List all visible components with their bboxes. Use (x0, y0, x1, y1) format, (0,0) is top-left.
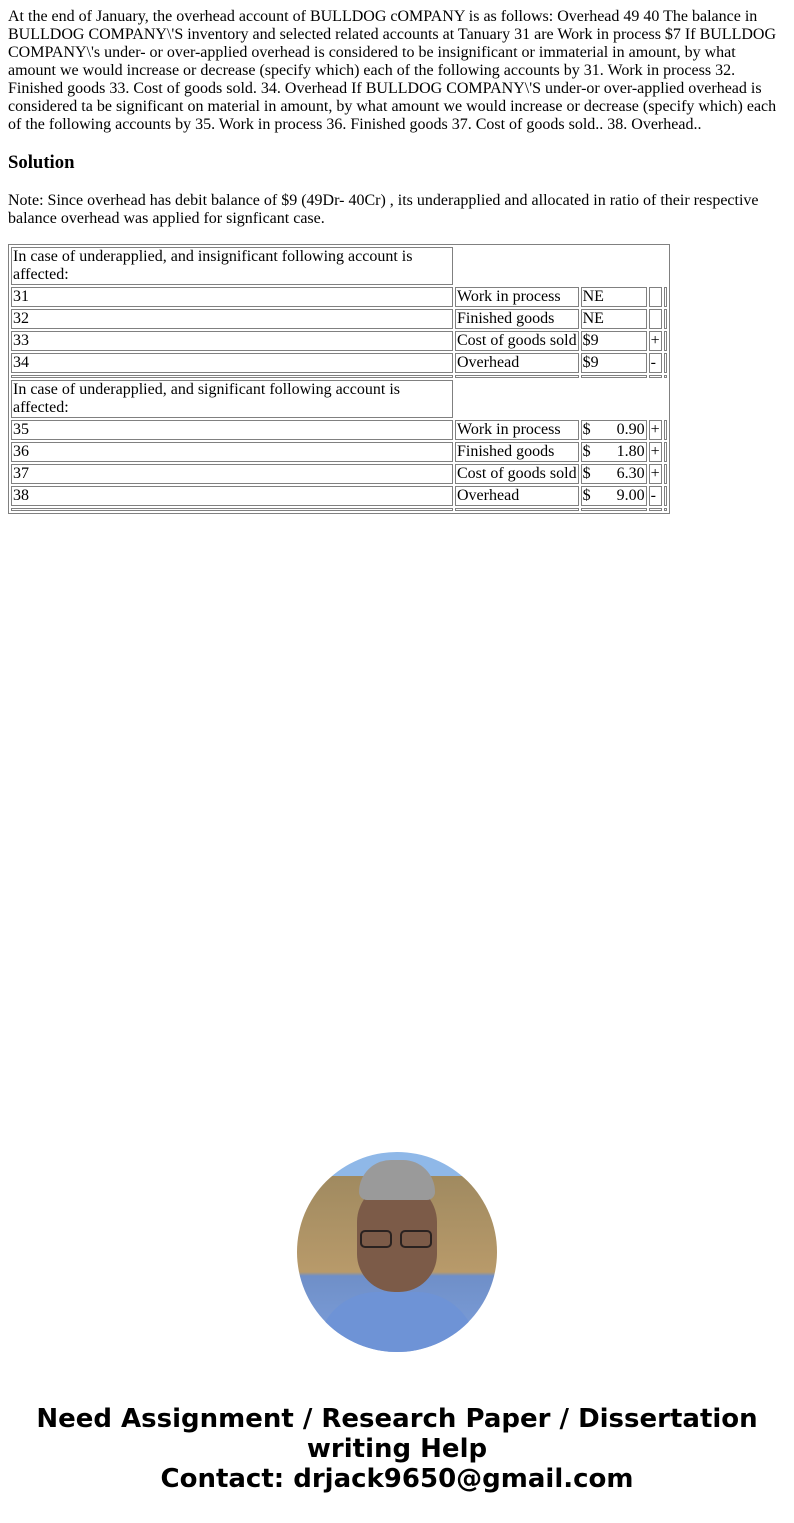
table-row: 37 Cost of goods sold $6.30 + (11, 464, 667, 484)
account-name: Finished goods (455, 442, 579, 462)
item-number: 33 (11, 331, 453, 351)
sign: + (649, 442, 662, 462)
sign: - (649, 353, 662, 373)
account-name: Cost of goods sold (455, 331, 579, 351)
separator-row (11, 375, 667, 378)
solution-heading: Solution (8, 152, 786, 174)
promo-text: Need Assignment / Research Paper / Disse… (0, 1404, 794, 1494)
solution-note: Note: Since overhead has debit balance o… (8, 192, 786, 228)
empty-cell (664, 353, 667, 373)
amount: $0.90 (581, 420, 647, 440)
empty-cell (664, 442, 667, 462)
solution-table: In case of underapplied, and insignifica… (8, 244, 670, 514)
empty-cell (664, 464, 667, 484)
sign (649, 309, 662, 329)
section-header-row: In case of underapplied, and significant… (11, 380, 667, 418)
amount: NE (581, 287, 647, 307)
table-row: 35 Work in process $0.90 + (11, 420, 667, 440)
amount: $9 (581, 353, 647, 373)
section-header-row: In case of underapplied, and insignifica… (11, 247, 667, 285)
separator-row (11, 508, 667, 511)
sign: - (649, 486, 662, 506)
empty-cell (664, 287, 667, 307)
account-name: Finished goods (455, 309, 579, 329)
sign (649, 287, 662, 307)
item-number: 37 (11, 464, 453, 484)
item-number: 34 (11, 353, 453, 373)
item-number: 31 (11, 287, 453, 307)
promo-contact[interactable]: Contact: drjack9650@gmail.com (0, 1464, 794, 1494)
sign: + (649, 464, 662, 484)
amount: $9 (581, 331, 647, 351)
item-number: 32 (11, 309, 453, 329)
table-row: 32 Finished goods NE (11, 309, 667, 329)
table-row: 33 Cost of goods sold $9 + (11, 331, 667, 351)
item-number: 38 (11, 486, 453, 506)
amount: $9.00 (581, 486, 647, 506)
account-name: Work in process (455, 420, 579, 440)
table-row: 36 Finished goods $1.80 + (11, 442, 667, 462)
sign: + (649, 420, 662, 440)
author-photo (297, 1152, 497, 1352)
sign: + (649, 331, 662, 351)
section-header: In case of underapplied, and insignifica… (11, 247, 453, 285)
empty-cell (664, 309, 667, 329)
table-row: 38 Overhead $9.00 - (11, 486, 667, 506)
account-name: Overhead (455, 486, 579, 506)
amount: $6.30 (581, 464, 647, 484)
account-name: Overhead (455, 353, 579, 373)
empty-cell (664, 486, 667, 506)
account-name: Work in process (455, 287, 579, 307)
empty-cell (664, 420, 667, 440)
promo-line-2: writing Help (0, 1434, 794, 1464)
promo-block: Need Assignment / Research Paper / Disse… (0, 1152, 794, 1494)
empty-cell (664, 331, 667, 351)
account-name: Cost of goods sold (455, 464, 579, 484)
item-number: 35 (11, 420, 453, 440)
question-text: At the end of January, the overhead acco… (8, 8, 786, 134)
amount: NE (581, 309, 647, 329)
section-header: In case of underapplied, and significant… (11, 380, 453, 418)
item-number: 36 (11, 442, 453, 462)
page-content: At the end of January, the overhead acco… (8, 8, 786, 514)
table-row: 34 Overhead $9 - (11, 353, 667, 373)
table-row: 31 Work in process NE (11, 287, 667, 307)
promo-line-1: Need Assignment / Research Paper / Disse… (0, 1404, 794, 1434)
amount: $1.80 (581, 442, 647, 462)
